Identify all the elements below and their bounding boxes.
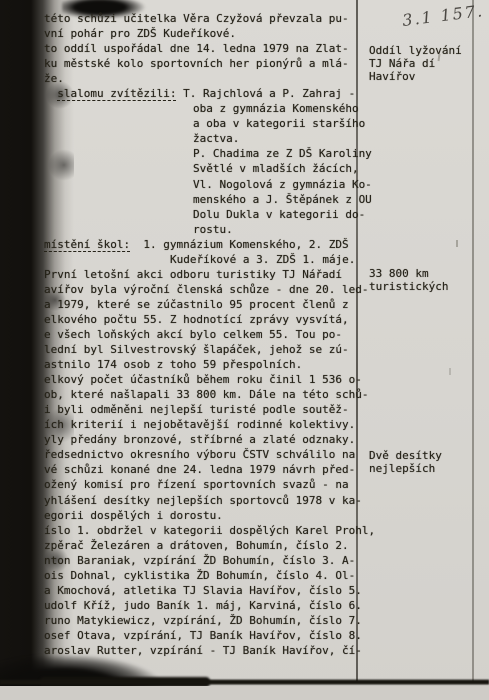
text-segment: lední byl Silvestrovský šlapáček, jehož … [44, 343, 349, 356]
text-line: avířov byla výroční členská schůze - dne… [44, 282, 384, 297]
text-segment: oba z gymnázia Komenského [193, 102, 359, 115]
text-segment: astnilo 174 osob z toho 59 přespolních. [44, 358, 302, 371]
text-segment: zpěrač Železáren a drátoven, Bohumín, čí… [44, 539, 349, 552]
text-line: P. Chadima ze Z DŠ Karoliny [44, 146, 384, 161]
text-segment: a 1979, které se zúčastnilo 95 procent č… [44, 298, 349, 311]
text-line: vní pohár pro ZDŠ Kudeříkové. [44, 26, 384, 41]
text-segment: to oddíl uspořádal dne 14. ledna 1979 na… [44, 42, 349, 55]
text-line: udolf Kříž, judo Baník 1. máj, Karviná, … [44, 598, 384, 613]
text-line: této schůzi učitelka Věra Czyžová převza… [44, 11, 384, 26]
text-line: egorii dospělých i dorostu. [44, 508, 384, 523]
text-segment: vé schůzi konané dne 24. ledna 1979 návr… [44, 463, 355, 476]
text-line: Dolu Dukla v kategorii do- [44, 207, 384, 222]
text-line: místění škol: 1. gymnázium Komenského, 2… [44, 237, 384, 252]
text-segment: udolf Kříž, judo Baník 1. máj, Karviná, … [44, 599, 362, 612]
underlined-heading: místění škol: [44, 238, 130, 251]
text-line: astnilo 174 osob z toho 59 přespolních. [44, 357, 384, 372]
scan-speck [449, 368, 451, 375]
text-segment: yhlášení desítky nejlepších sportovců 19… [44, 494, 362, 507]
text-line: Kudeříkové a 3. ZDŠ 1. máje. [44, 252, 384, 267]
text-segment: ku městské kolo sportovních her pionýrů … [44, 57, 349, 70]
text-line: Světlé v mladších žácích, [44, 161, 384, 176]
text-segment: avířov byla výroční členská schůze - dne… [44, 283, 369, 296]
text-line: nton Baraniak, vzpírání ŽD Bohumín, čísl… [44, 553, 384, 568]
text-segment: vní pohár pro ZDŠ Kudeříkové. [44, 27, 236, 40]
text-line: ředsednictvo okresního výboru ČSTV schvá… [44, 447, 384, 462]
scan-speck [438, 54, 441, 61]
text-line: to oddíl uspořádal dne 14. ledna 1979 na… [44, 41, 384, 56]
text-segment: T. Rajchlová a P. Zahraj - [176, 87, 355, 100]
text-segment: menského a J. Štěpánek z OU [193, 193, 372, 206]
text-segment: osef Otava, vzpírání, TJ Baník Havířov, … [44, 629, 362, 642]
page-edge-rule-line [472, 0, 474, 682]
main-text-column: této schůzi učitelka Věra Czyžová převza… [44, 11, 384, 658]
text-line: rostu. [44, 222, 384, 237]
text-segment: Vl. Nogolová z gymnázia Ko- [193, 178, 372, 191]
text-line: menského a J. Štěpánek z OU [44, 192, 384, 207]
text-line: yly předány bronzové, stříbrné a zlaté o… [44, 432, 384, 447]
text-segment: elkový počet účastníků během roku činil … [44, 373, 362, 386]
text-line: e všech loňských akcí bylo celkem 55. To… [44, 327, 384, 342]
text-line: i byli odměněni nejlepší turisté podle s… [44, 402, 384, 417]
text-line: íslo 1. obdržel v kategorii dospělých Ka… [44, 523, 384, 538]
text-line: elkový počet účastníků během roku činil … [44, 372, 384, 387]
text-line: Vl. Nogolová z gymnázia Ko- [44, 177, 384, 192]
text-segment: i byli odměněni nejlepší turisté podle s… [44, 403, 349, 416]
scan-speck [456, 240, 458, 247]
text-segment: že. [44, 72, 64, 85]
text-segment: Dolu Dukla v kategorii do- [193, 208, 365, 221]
text-segment [44, 87, 57, 100]
text-line: oba z gymnázia Komenského [44, 101, 384, 116]
text-segment: ois Dohnal, cyklistika ŽD Bohumín, číslo… [44, 569, 355, 582]
text-segment: 1. gymnázium Komenského, 2. ZDŠ [130, 238, 349, 251]
text-line: ožený komisí pro řízení sportovních svaz… [44, 477, 384, 492]
text-segment: rostu. [193, 223, 233, 236]
text-line: yhlášení desítky nejlepších sportovců 19… [44, 493, 384, 508]
text-segment: runo Matykiewicz, vzpírání, ŽD Bohumín, … [44, 614, 362, 627]
text-segment: a Kmochová, atletika TJ Slavia Havířov, … [44, 584, 362, 597]
scan-bottom-edge-line [0, 679, 489, 685]
text-line: slalomu zvítězili: T. Rajchlová a P. Zah… [44, 86, 384, 101]
text-line: že. [44, 71, 384, 86]
text-line: elkového počtu 55. Z hodnotící zprávy vy… [44, 312, 384, 327]
text-line: osef Otava, vzpírání, TJ Baník Havířov, … [44, 628, 384, 643]
text-segment: P. Chadima ze Z DŠ Karoliny [193, 147, 372, 160]
text-line: a 1979, které se zúčastnilo 95 procent č… [44, 297, 384, 312]
text-line: vé schůzi konané dne 24. ledna 1979 návr… [44, 462, 384, 477]
text-segment: nton Baraniak, vzpírání ŽD Bohumín, čísl… [44, 554, 355, 567]
text-segment: Světlé v mladších žácích, [193, 162, 359, 175]
text-segment: ích kriterií i nejobětavější rodinné kol… [44, 418, 355, 431]
text-segment: e všech loňských akcí bylo celkem 55. To… [44, 328, 342, 341]
text-line: ob, které našlapali 33 800 km. Dále na t… [44, 387, 384, 402]
text-segment: žactva. [193, 132, 239, 145]
text-segment: této schůzi učitelka Věra Czyžová převza… [44, 12, 349, 25]
text-segment: yly předány bronzové, stříbrné a zlaté o… [44, 433, 355, 446]
text-segment: První letošní akci odboru turistiky TJ N… [44, 268, 342, 281]
text-segment: elkového počtu 55. Z hodnotící zprávy vy… [44, 313, 349, 326]
underlined-heading: slalomu zvítězili: [57, 87, 176, 100]
text-line: ích kriterií i nejobětavější rodinné kol… [44, 417, 384, 432]
scan-below-edge-paper [0, 686, 489, 700]
text-line: žactva. [44, 131, 384, 146]
text-segment: íslo 1. obdržel v kategorii dospělých Ka… [44, 524, 375, 537]
text-line: a Kmochová, atletika TJ Slavia Havířov, … [44, 583, 384, 598]
text-line: lední byl Silvestrovský šlapáček, jehož … [44, 342, 384, 357]
text-line: a oba v kategorii staršího [44, 116, 384, 131]
text-segment: ob, které našlapali 33 800 km. Dále na t… [44, 388, 369, 401]
text-segment: a oba v kategorii staršího [193, 117, 365, 130]
text-line: ois Dohnal, cyklistika ŽD Bohumín, číslo… [44, 568, 384, 583]
text-line: runo Matykiewicz, vzpírání, ŽD Bohumín, … [44, 613, 384, 628]
text-line: První letošní akci odboru turistiky TJ N… [44, 267, 384, 282]
text-segment: egorii dospělých i dorostu. [44, 509, 223, 522]
scanned-document-page: 3.1 157. této schůzi učitelka Věra Czyžo… [0, 0, 489, 700]
text-segment: Kudeříkové a 3. ZDŠ 1. máje. [170, 253, 355, 266]
text-segment: ředsednictvo okresního výboru ČSTV schvá… [44, 448, 355, 461]
text-line: ku městské kolo sportovních her pionýrů … [44, 56, 384, 71]
text-line: zpěrač Železáren a drátoven, Bohumín, čí… [44, 538, 384, 553]
text-segment: ožený komisí pro řízení sportovních svaz… [44, 478, 349, 491]
